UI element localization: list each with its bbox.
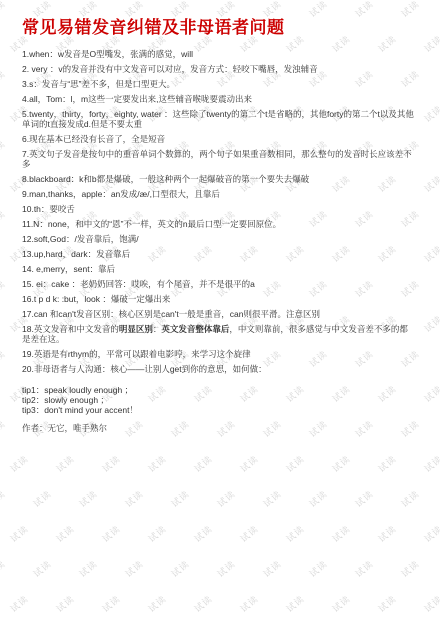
watermark-text: 试读 bbox=[283, 452, 307, 475]
list-item: 3.s：发音与“思”差不多，但是口型更大。 bbox=[22, 79, 414, 89]
watermark-text: 试读 bbox=[30, 487, 54, 510]
watermark-text: 试读 bbox=[99, 452, 123, 475]
watermark-text: 试读 bbox=[237, 592, 261, 615]
bold-segment: 明显区别 bbox=[119, 324, 153, 334]
text-segment: 18.英文发音和中文发音的 bbox=[22, 324, 119, 334]
list-item: 5.twenty，thirty，forty，eighty, water ：这些除… bbox=[22, 109, 414, 129]
tip-line: tip1：speak loudly enough ； bbox=[22, 385, 414, 395]
list-item: 7.英文句子发音是按句中的重音单词个数算的，两个句子如果重音数相同，那么整句的发… bbox=[22, 149, 414, 169]
watermark-text: 试读 bbox=[306, 557, 330, 580]
list-item: 2. very ：v的发音并没有中文发音可以对应，发音方式：轻咬下嘴唇，发浊辅音 bbox=[22, 64, 414, 74]
watermark-text: 试读 bbox=[145, 452, 169, 475]
watermark-text: 试读 bbox=[0, 487, 8, 510]
watermark-text: 试读 bbox=[421, 522, 440, 545]
watermark-text: 试读 bbox=[7, 522, 31, 545]
list-item: 9.man,thanks，apple：an发成/æ/,口型很大，且靠后 bbox=[22, 189, 414, 199]
watermark-text: 试读 bbox=[122, 557, 146, 580]
watermark-text: 试读 bbox=[283, 592, 307, 615]
list-item: 4.all，Tom：l，m这些一定要发出来,这些辅音喉咙要震动出来 bbox=[22, 94, 414, 104]
watermark-text: 试读 bbox=[260, 557, 284, 580]
bold-segment: 英文发音整体靠后 bbox=[161, 324, 229, 334]
watermark-text: 试读 bbox=[306, 487, 330, 510]
watermark-text: 试读 bbox=[191, 522, 215, 545]
list-item: 17.can 和can't发音区别：核心区别是can't一般是重音，can则很平… bbox=[22, 309, 414, 319]
watermark-text: 试读 bbox=[421, 452, 440, 475]
watermark-text: 试读 bbox=[122, 487, 146, 510]
watermark-text: 试读 bbox=[329, 452, 353, 475]
watermark-text: 试读 bbox=[7, 592, 31, 615]
watermark-text: 试读 bbox=[375, 452, 399, 475]
watermark-text: 试读 bbox=[260, 487, 284, 510]
tip-line: tip3：don't mind your accent！ bbox=[22, 405, 414, 415]
page-title: 常见易错发音纠错及非母语者问题 bbox=[0, 0, 440, 38]
watermark-text: 试读 bbox=[145, 522, 169, 545]
watermark-text: 试读 bbox=[214, 487, 238, 510]
watermark-text: 试读 bbox=[168, 557, 192, 580]
tip-line: tip2：slowly enough ； bbox=[22, 395, 414, 405]
author-line: 作者：无它，唯手熟尔 bbox=[22, 423, 414, 433]
tips-block: tip1：speak loudly enough ；tip2：slowly en… bbox=[0, 379, 440, 415]
list-item: 12.soft,God：/发音靠后，饱满/ bbox=[22, 234, 414, 244]
list-item: 18.英文发音和中文发音的明显区别：英文发音整体靠后，中文则靠前，很多感觉与中文… bbox=[22, 324, 414, 344]
list-item: 19.英语是有rthym的，平常可以跟着电影哼，来学习这个旋律 bbox=[22, 349, 414, 359]
watermark-text: 试读 bbox=[352, 487, 376, 510]
watermark-text: 试读 bbox=[191, 452, 215, 475]
document-page: 试读试读试读试读试读试读试读试读试读试读试读试读试读试读试读试读试读试读试读试读… bbox=[0, 0, 440, 620]
watermark-text: 试读 bbox=[237, 522, 261, 545]
watermark-text: 试读 bbox=[53, 522, 77, 545]
watermark-text: 试读 bbox=[76, 487, 100, 510]
watermark-text: 试读 bbox=[99, 592, 123, 615]
watermark-text: 试读 bbox=[237, 452, 261, 475]
watermark-text: 试读 bbox=[145, 592, 169, 615]
list-item: 20.非母语者与人沟通：核心——让别人get到你的意思，如何做： bbox=[22, 364, 414, 374]
watermark-text: 试读 bbox=[375, 522, 399, 545]
watermark-text: 试读 bbox=[329, 522, 353, 545]
watermark-text: 试读 bbox=[99, 522, 123, 545]
watermark-text: 试读 bbox=[329, 592, 353, 615]
list-item: 6.现在基本已经没有长音了，全是短音 bbox=[22, 134, 414, 144]
watermark-text: 试读 bbox=[398, 557, 422, 580]
list-item: 8.blackboard：k和b都是爆破，一般这种两个一起爆破音的第一个要失去爆… bbox=[22, 174, 414, 184]
watermark-text: 试读 bbox=[421, 592, 440, 615]
watermark-text: 试读 bbox=[352, 557, 376, 580]
list-item: 13.up,hard，dark：发音靠后 bbox=[22, 249, 414, 259]
watermark-text: 试读 bbox=[0, 557, 8, 580]
watermark-text: 试读 bbox=[398, 487, 422, 510]
watermark-text: 试读 bbox=[191, 592, 215, 615]
watermark-text: 试读 bbox=[53, 452, 77, 475]
list-item: 1.when：w发音是O型嘴发，张满的感觉，will bbox=[22, 49, 414, 59]
content-list: 1.when：w发音是O型嘴发，张满的感觉，will2. very ：v的发音并… bbox=[0, 38, 440, 374]
list-item: 14. e,merry，sent：靠后 bbox=[22, 264, 414, 274]
watermark-text: 试读 bbox=[7, 452, 31, 475]
list-item: 10.th：要咬舌 bbox=[22, 204, 414, 214]
watermark-text: 试读 bbox=[214, 557, 238, 580]
watermark-text: 试读 bbox=[283, 522, 307, 545]
list-item: 11.N：none，和中文的“恩”不一样，英文的n最后口型一定要回原位。 bbox=[22, 219, 414, 229]
watermark-text: 试读 bbox=[76, 557, 100, 580]
document-body: 常见易错发音纠错及非母语者问题 1.when：w发音是O型嘴发，张满的感觉，wi… bbox=[0, 0, 440, 433]
watermark-text: 试读 bbox=[30, 557, 54, 580]
watermark-text: 试读 bbox=[53, 592, 77, 615]
list-item: 15. ei：cake ：老奶奶回答：哎唉，有个尾音，并不是很平的a bbox=[22, 279, 414, 289]
watermark-text: 试读 bbox=[375, 592, 399, 615]
watermark-text: 试读 bbox=[168, 487, 192, 510]
list-item: 16.t p d k: :but，look ：爆破一定爆出来 bbox=[22, 294, 414, 304]
